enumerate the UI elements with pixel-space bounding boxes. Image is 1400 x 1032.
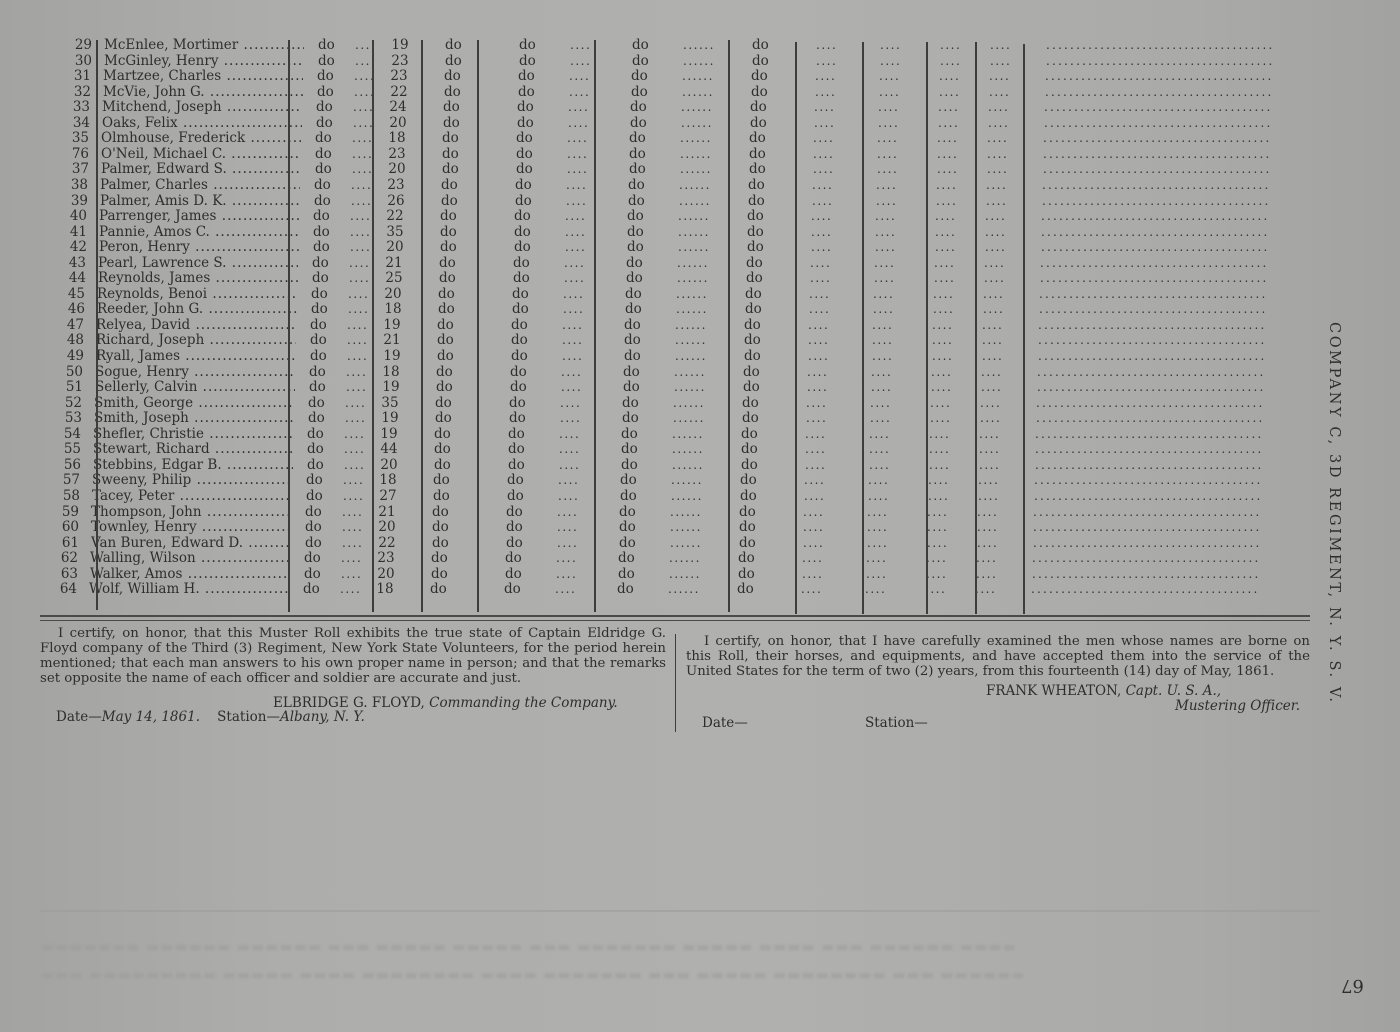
ditto-mark: do bbox=[510, 380, 527, 396]
dot-leader: ...................................... bbox=[210, 271, 298, 286]
row-number: 38 bbox=[36, 178, 88, 194]
dot-leader: ...................................... bbox=[222, 458, 293, 473]
dot-leader: .... bbox=[985, 240, 1006, 256]
ditto-mark: do bbox=[626, 271, 643, 287]
ditto-mark: do bbox=[511, 318, 528, 334]
dot-leader: .... bbox=[869, 427, 890, 443]
ditto-mark: do bbox=[625, 302, 642, 318]
soldier-name: McEnlee, Mortimer ......................… bbox=[104, 38, 304, 54]
soldier-name: Pannie, Amos C. ........................… bbox=[99, 225, 299, 241]
ditto-mark: do bbox=[438, 287, 455, 303]
remarks-leader: ...................................... bbox=[1039, 302, 1297, 318]
ditto-mark: do bbox=[510, 365, 527, 381]
row-number: 43 bbox=[34, 256, 86, 272]
dot-leader: ...................................... bbox=[191, 473, 292, 488]
dot-leader: ...................................... bbox=[193, 396, 294, 411]
ditto-mark: do bbox=[515, 178, 532, 194]
ditto-mark: do bbox=[632, 38, 649, 54]
dot-leader: ...... bbox=[668, 582, 700, 598]
ditto-mark: do bbox=[745, 287, 762, 303]
soldier-name-text: Sweeny, Philip bbox=[92, 473, 191, 488]
ditto-mark: do bbox=[750, 100, 767, 116]
dot-leader: .... bbox=[975, 582, 996, 598]
dot-leader: ...................................... bbox=[189, 411, 294, 426]
dot-leader: .... bbox=[874, 271, 895, 287]
soldier-name-text: Shefler, Christie bbox=[93, 427, 204, 442]
soldier-name-text: McGinley, Henry bbox=[104, 54, 218, 69]
ditto-mark: do bbox=[435, 396, 452, 412]
ditto-mark: do bbox=[434, 458, 451, 474]
dot-leader: .... bbox=[346, 380, 367, 396]
rank-ditto: do bbox=[310, 333, 327, 349]
remarks-leader: ...................................... bbox=[1041, 240, 1299, 256]
dot-leader: .... bbox=[880, 54, 901, 70]
dot-leader: .... bbox=[982, 349, 1003, 365]
dot-leader: .... bbox=[349, 256, 370, 272]
age: 20 bbox=[382, 162, 412, 178]
row-number: 64 bbox=[25, 582, 77, 598]
dot-leader: .... bbox=[981, 380, 1002, 396]
table-row: 30McGinley, Henry ......................… bbox=[0, 54, 1320, 70]
dot-leader: .... bbox=[566, 194, 587, 210]
table-bottom-rule bbox=[40, 615, 1310, 617]
table-row: 39Palmer, Amis D. K. ...................… bbox=[0, 194, 1316, 210]
remarks-leader: ...................................... bbox=[1040, 271, 1298, 287]
dot-leader: ...................................... bbox=[180, 349, 296, 364]
ditto-mark: do bbox=[436, 380, 453, 396]
remarks-leader: ...................................... bbox=[1045, 85, 1303, 101]
rank-ditto: do bbox=[310, 349, 327, 365]
dot-leader: .... bbox=[567, 131, 588, 147]
age: 22 bbox=[384, 85, 414, 101]
dot-leader: .... bbox=[563, 302, 584, 318]
dot-leader: .... bbox=[872, 349, 893, 365]
dot-leader: .... bbox=[989, 69, 1010, 85]
dot-leader: ...................................... bbox=[245, 131, 301, 146]
dot-leader: ...... bbox=[671, 473, 703, 489]
rank-ditto: do bbox=[309, 380, 326, 396]
dot-leader: .... bbox=[984, 256, 1005, 272]
ditto-mark: do bbox=[625, 287, 642, 303]
dot-leader: .... bbox=[985, 225, 1006, 241]
ditto-mark: do bbox=[630, 116, 647, 132]
ditto-mark: do bbox=[437, 349, 454, 365]
dot-leader: ...................................... bbox=[210, 442, 293, 457]
remarks-leader: ...................................... bbox=[1040, 256, 1298, 272]
ditto-mark: do bbox=[620, 489, 637, 505]
table-row: 31Martzee, Charles .....................… bbox=[0, 69, 1319, 85]
dot-leader: ...... bbox=[681, 100, 713, 116]
soldier-name: Parrenger, James .......................… bbox=[99, 209, 299, 225]
dot-leader: ...................................... bbox=[189, 365, 295, 380]
dot-leader: .... bbox=[880, 38, 901, 54]
dot-leader: .... bbox=[347, 333, 368, 349]
dot-leader: ...................................... bbox=[207, 287, 297, 302]
dot-leader: .... bbox=[978, 473, 999, 489]
rank-ditto: do bbox=[304, 567, 321, 583]
ditto-mark: do bbox=[433, 473, 450, 489]
ditto-mark: do bbox=[618, 551, 635, 567]
ditto-mark: do bbox=[445, 38, 462, 54]
ditto-mark: do bbox=[632, 54, 649, 70]
table-row: 50Sogue, Henry .........................… bbox=[0, 365, 1311, 381]
dot-leader: ...... bbox=[671, 489, 703, 505]
dot-leader: .... bbox=[977, 520, 998, 536]
dot-leader: .... bbox=[348, 287, 369, 303]
ditto-mark: do bbox=[519, 38, 536, 54]
dot-leader: .... bbox=[867, 520, 888, 536]
age: 19 bbox=[376, 380, 406, 396]
soldier-name: Relyea, David ..........................… bbox=[96, 318, 296, 334]
dot-leader: .... bbox=[926, 567, 947, 583]
dot-leader: .... bbox=[816, 54, 837, 70]
table-row: 59Thompson, John .......................… bbox=[0, 505, 1307, 521]
ditto-mark: do bbox=[507, 473, 524, 489]
dot-leader: .... bbox=[342, 505, 363, 521]
row-number: 62 bbox=[26, 551, 78, 567]
ditto-mark: do bbox=[432, 505, 449, 521]
remarks-leader: ...................................... bbox=[1043, 131, 1301, 147]
ditto-mark: do bbox=[508, 442, 525, 458]
column-rule bbox=[795, 42, 797, 614]
soldier-name-text: Walling, Wilson bbox=[90, 551, 196, 566]
soldier-name: Walker, Amos ...........................… bbox=[90, 567, 290, 583]
ditto-mark: do bbox=[739, 520, 756, 536]
remarks-leader: ...................................... bbox=[1044, 100, 1302, 116]
row-number: 49 bbox=[32, 349, 84, 365]
ditto-mark: do bbox=[743, 365, 760, 381]
ditto-mark: do bbox=[631, 69, 648, 85]
dot-leader: .... bbox=[869, 458, 890, 474]
dot-leader: ...... bbox=[676, 302, 708, 318]
ditto-mark: do bbox=[622, 396, 639, 412]
remarks-leader: ...................................... bbox=[1033, 520, 1291, 536]
mustering-station-label: Station— bbox=[865, 715, 928, 731]
age: 18 bbox=[373, 473, 403, 489]
row-number: 46 bbox=[33, 302, 85, 318]
ditto-mark: do bbox=[621, 427, 638, 443]
dot-leader: ...................................... bbox=[226, 147, 301, 162]
ditto-mark: do bbox=[742, 411, 759, 427]
row-number: 42 bbox=[35, 240, 87, 256]
dot-leader: .... bbox=[810, 256, 831, 272]
certificate-text: I certify, on honor, that this Muster Ro… bbox=[40, 626, 666, 686]
dot-leader: .... bbox=[568, 100, 589, 116]
ditto-mark: do bbox=[628, 194, 645, 210]
remarks-leader: ...................................... bbox=[1038, 333, 1296, 349]
remarks-leader: ...................................... bbox=[1035, 458, 1293, 474]
soldier-name-text: Martzee, Charles bbox=[103, 69, 221, 84]
dot-leader: .... bbox=[873, 287, 894, 303]
ditto-mark: do bbox=[623, 380, 640, 396]
ditto-mark: do bbox=[506, 536, 523, 552]
rank-ditto: do bbox=[307, 458, 324, 474]
soldier-name-text: O'Neil, Michael C. bbox=[101, 147, 226, 162]
ditto-mark: do bbox=[621, 442, 638, 458]
soldier-name-text: Ryall, James bbox=[96, 349, 180, 364]
dot-leader: .... bbox=[804, 489, 825, 505]
dot-leader: .... bbox=[878, 100, 899, 116]
ditto-mark: do bbox=[748, 178, 765, 194]
table-row: 37Palmer, Edward S. ....................… bbox=[0, 162, 1317, 178]
soldier-name-text: McVie, John G. bbox=[103, 85, 205, 100]
dot-leader: .... bbox=[562, 349, 583, 365]
soldier-name: Martzee, Charles .......................… bbox=[103, 69, 303, 85]
age: 26 bbox=[381, 194, 411, 210]
dot-leader: .... bbox=[351, 178, 372, 194]
remarks-leader: ...................................... bbox=[1041, 225, 1299, 241]
dot-leader: .... bbox=[557, 536, 578, 552]
age: 20 bbox=[380, 240, 410, 256]
dot-leader: .... bbox=[557, 520, 578, 536]
age: 25 bbox=[379, 271, 409, 287]
dot-leader: .... bbox=[939, 85, 960, 101]
ditto-mark: do bbox=[517, 100, 534, 116]
rank-ditto: do bbox=[311, 302, 328, 318]
age: 19 bbox=[374, 427, 404, 443]
ditto-mark: do bbox=[509, 411, 526, 427]
soldier-name-text: Olmhouse, Frederick bbox=[101, 131, 245, 146]
muster-roll-table: 29McEnlee, Mortimer ....................… bbox=[0, 38, 1400, 618]
row-number: 63 bbox=[26, 567, 78, 583]
age: 21 bbox=[377, 333, 407, 349]
dot-leader: ...... bbox=[683, 38, 715, 54]
soldier-name-text: Townley, Henry bbox=[91, 520, 197, 535]
dot-leader: ...... bbox=[682, 69, 714, 85]
row-number: 29 bbox=[40, 38, 92, 54]
dot-leader: ...................................... bbox=[227, 162, 301, 177]
soldier-name: Thompson, John .........................… bbox=[91, 505, 291, 521]
dot-leader: .... bbox=[811, 225, 832, 241]
ditto-mark: do bbox=[436, 365, 453, 381]
soldier-name-text: Palmer, Edward S. bbox=[101, 162, 227, 177]
ditto-mark: do bbox=[508, 427, 525, 443]
ditto-mark: do bbox=[518, 85, 535, 101]
ditto-mark: do bbox=[744, 333, 761, 349]
dot-leader: ...... bbox=[669, 551, 701, 567]
table-row: 62Walling, Wilson ......................… bbox=[0, 551, 1306, 567]
ditto-mark: do bbox=[511, 333, 528, 349]
mustering-officer-signature: FRANK WHEATON, Capt. U. S. A., bbox=[986, 683, 1221, 699]
dot-leader: .... bbox=[876, 194, 897, 210]
soldier-name: Palmer, Edward S. ......................… bbox=[101, 162, 301, 178]
age: 20 bbox=[383, 116, 413, 132]
ditto-mark: do bbox=[622, 411, 639, 427]
ditto-mark: do bbox=[748, 194, 765, 210]
table-row: 33Mitchend, Joseph .....................… bbox=[0, 100, 1318, 116]
column-rule bbox=[1023, 44, 1025, 614]
ditto-mark: do bbox=[621, 458, 638, 474]
dot-leader: .... bbox=[345, 396, 366, 412]
row-number: 34 bbox=[38, 116, 90, 132]
side-running-title: COMPANY C, 3D REGIMENT, N. Y. S. V. bbox=[1326, 322, 1342, 705]
soldier-name: Sweeny, Philip .........................… bbox=[92, 473, 292, 489]
dot-leader: ...... bbox=[674, 380, 706, 396]
dot-leader: .... bbox=[934, 271, 955, 287]
dot-leader: .... bbox=[987, 147, 1008, 163]
dot-leader: .... bbox=[867, 536, 888, 552]
dot-leader: .... bbox=[927, 536, 948, 552]
dot-leader: .... bbox=[344, 427, 365, 443]
dot-leader: ...... bbox=[681, 116, 713, 132]
table-row: 55Stewart, Richard .....................… bbox=[0, 442, 1309, 458]
dot-leader: .... bbox=[570, 54, 591, 70]
dot-leader: .... bbox=[807, 365, 828, 381]
ditto-mark: do bbox=[745, 302, 762, 318]
age: 20 bbox=[372, 520, 402, 536]
soldier-name-text: Stewart, Richard bbox=[93, 442, 210, 457]
ditto-mark: do bbox=[624, 318, 641, 334]
row-number: 39 bbox=[36, 194, 88, 210]
dot-leader: .... bbox=[556, 567, 577, 583]
dot-leader: .... bbox=[980, 396, 1001, 412]
dot-leader: .... bbox=[979, 442, 1000, 458]
ditto-mark: do bbox=[513, 256, 530, 272]
dot-leader: .... bbox=[802, 551, 823, 567]
ditto-mark: do bbox=[433, 489, 450, 505]
dot-leader: .... bbox=[561, 380, 582, 396]
dot-leader: ...... bbox=[675, 333, 707, 349]
ditto-mark: do bbox=[434, 442, 451, 458]
ditto-mark: do bbox=[441, 194, 458, 210]
signer-title: Mustering Officer. bbox=[1175, 698, 1300, 714]
ditto-mark: do bbox=[624, 349, 641, 365]
soldier-name-text: Palmer, Amis D. K. bbox=[100, 194, 227, 209]
date-label: Date— bbox=[56, 709, 102, 725]
dot-leader: ...... bbox=[675, 318, 707, 334]
dot-leader: .... bbox=[349, 271, 370, 287]
dot-leader: .... bbox=[937, 162, 958, 178]
dot-leader: .... bbox=[936, 178, 957, 194]
dot-leader: .... bbox=[979, 427, 1000, 443]
dot-leader: .... bbox=[564, 256, 585, 272]
ditto-mark: do bbox=[440, 225, 457, 241]
dot-leader: ...... bbox=[680, 162, 712, 178]
rank-ditto: do bbox=[314, 194, 331, 210]
row-number: 59 bbox=[27, 505, 79, 521]
dot-leader: .... bbox=[562, 318, 583, 334]
dot-leader: ...... bbox=[676, 287, 708, 303]
column-rule bbox=[975, 42, 977, 614]
ditto-mark: do bbox=[631, 85, 648, 101]
date-label: Date— bbox=[702, 715, 748, 731]
ditto-mark: do bbox=[749, 162, 766, 178]
dot-leader: .... bbox=[928, 473, 949, 489]
ditto-mark: do bbox=[743, 380, 760, 396]
dot-leader: .... bbox=[345, 411, 366, 427]
table-row: 42Peron, Henry .........................… bbox=[0, 240, 1315, 256]
dot-leader: ...... bbox=[677, 256, 709, 272]
soldier-name: Stewart, Richard .......................… bbox=[93, 442, 293, 458]
ditto-mark: do bbox=[443, 116, 460, 132]
ditto-mark: do bbox=[444, 69, 461, 85]
dot-leader: .... bbox=[872, 318, 893, 334]
dot-leader: ...................................... bbox=[200, 582, 289, 597]
column-rule bbox=[372, 40, 374, 612]
dot-leader: .... bbox=[805, 442, 826, 458]
ditto-mark: do bbox=[747, 209, 764, 225]
dot-leader: ...................................... bbox=[202, 505, 291, 520]
dot-leader: .... bbox=[873, 302, 894, 318]
ditto-mark: do bbox=[739, 505, 756, 521]
dot-leader: .... bbox=[350, 225, 371, 241]
dot-leader: .... bbox=[932, 349, 953, 365]
ditto-mark: do bbox=[430, 582, 447, 598]
table-row: 45Reynolds, Benoi ......................… bbox=[0, 287, 1313, 303]
row-number: 30 bbox=[40, 54, 92, 70]
rank-ditto: do bbox=[318, 54, 335, 70]
ditto-mark: do bbox=[512, 287, 529, 303]
certificate-mustering-officer: I certify, on honor, that I have careful… bbox=[686, 634, 1310, 679]
dot-leader: .... bbox=[350, 209, 371, 225]
dot-leader: .... bbox=[977, 536, 998, 552]
dot-leader: .... bbox=[983, 302, 1004, 318]
rank-ditto: do bbox=[305, 536, 322, 552]
ditto-mark: do bbox=[441, 178, 458, 194]
dot-leader: .... bbox=[344, 442, 365, 458]
row-number: 55 bbox=[29, 442, 81, 458]
ditto-mark: do bbox=[514, 240, 531, 256]
dot-leader: .... bbox=[342, 520, 363, 536]
dot-leader: .... bbox=[937, 131, 958, 147]
rank-ditto: do bbox=[313, 225, 330, 241]
dot-leader: ...... bbox=[673, 411, 705, 427]
dot-leader: ...................................... bbox=[190, 318, 296, 333]
soldier-name-text: Oaks, Felix bbox=[102, 116, 178, 131]
soldier-name-text: Stebbins, Edgar B. bbox=[93, 458, 222, 473]
dot-leader: .... bbox=[803, 536, 824, 552]
rank-ditto: do bbox=[305, 505, 322, 521]
dot-leader: .... bbox=[815, 85, 836, 101]
dot-leader: .... bbox=[812, 194, 833, 210]
dot-leader: .... bbox=[928, 489, 949, 505]
ditto-mark: do bbox=[514, 209, 531, 225]
ditto-mark: do bbox=[438, 302, 455, 318]
dot-leader: .... bbox=[808, 333, 829, 349]
rank-ditto: do bbox=[308, 411, 325, 427]
dot-leader: ...... bbox=[670, 505, 702, 521]
dot-leader: .... bbox=[351, 194, 372, 210]
age: 23 bbox=[385, 54, 415, 70]
dot-leader: .... bbox=[558, 473, 579, 489]
ditto-mark: do bbox=[432, 536, 449, 552]
remarks-leader: ...................................... bbox=[1035, 442, 1293, 458]
dot-leader: ...................................... bbox=[210, 225, 299, 240]
ditto-mark: do bbox=[744, 318, 761, 334]
row-number: 44 bbox=[34, 271, 86, 287]
dot-leader: .... bbox=[559, 427, 580, 443]
ditto-mark: do bbox=[445, 54, 462, 70]
dot-leader: ...... bbox=[674, 365, 706, 381]
row-number: 53 bbox=[30, 411, 82, 427]
dot-leader: ...... bbox=[672, 427, 704, 443]
ditto-mark: do bbox=[741, 442, 758, 458]
rank-ditto: do bbox=[314, 178, 331, 194]
row-number: 54 bbox=[29, 427, 81, 443]
dot-leader: .... bbox=[935, 209, 956, 225]
dot-leader: .... bbox=[867, 505, 888, 521]
dot-leader: .... bbox=[560, 411, 581, 427]
remarks-leader: ...................................... bbox=[1042, 194, 1300, 210]
rank-ditto: do bbox=[313, 209, 330, 225]
dot-leader: ...................................... bbox=[238, 38, 304, 53]
ditto-mark: do bbox=[619, 536, 636, 552]
dot-leader: .... bbox=[939, 69, 960, 85]
dot-leader: ...... bbox=[678, 225, 710, 241]
dot-leader: ...... bbox=[683, 54, 715, 70]
dot-leader: .... bbox=[940, 54, 961, 70]
dot-leader: .... bbox=[976, 567, 997, 583]
